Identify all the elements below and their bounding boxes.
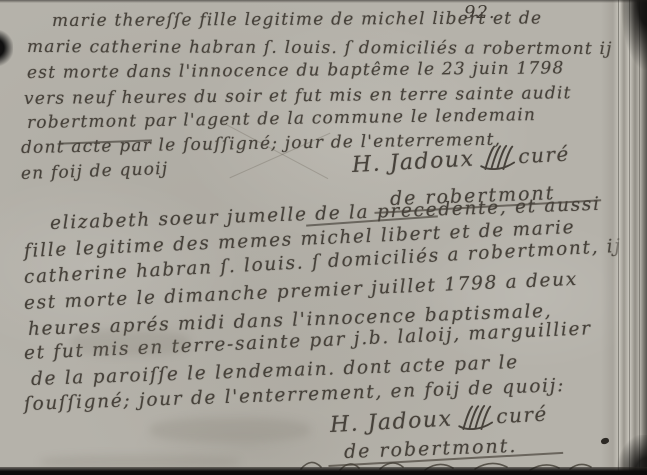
ink-bleedthrough [150,418,310,442]
scan-border-bottom [0,467,647,475]
signature-title: curé [518,142,571,169]
page-edge-line [618,0,620,475]
signature-flourish-icon [455,402,494,432]
dark-blob-left-edge [0,30,13,66]
page-edge-line [629,0,631,475]
record-line: en foij de quoij [21,159,169,184]
page-edge-line [639,0,641,475]
record-line: marie thereſſe fille legitime de michel … [52,8,542,31]
record-line: marie catherine habran ſ. louis. ſ domic… [27,37,613,59]
signature-title: curé [496,402,549,429]
book-binding-edge [601,0,647,475]
dark-corner-top-right [621,0,647,70]
ink-bleedthrough [70,330,190,356]
signature: H. Jadoux curé [329,400,548,439]
scan-border-top [0,0,647,3]
signature-name: H. Jadoux [351,146,475,177]
signature-flourish-icon [477,142,516,172]
record-line: robertmont par l'agent de la commune le … [27,105,536,133]
record-line: est morte dans l'innocence du baptême le… [27,58,565,83]
register-page-scan: 92. marie thereſſe fille legitime de mic… [0,0,647,475]
signature-name: H. Jadoux [329,406,453,437]
